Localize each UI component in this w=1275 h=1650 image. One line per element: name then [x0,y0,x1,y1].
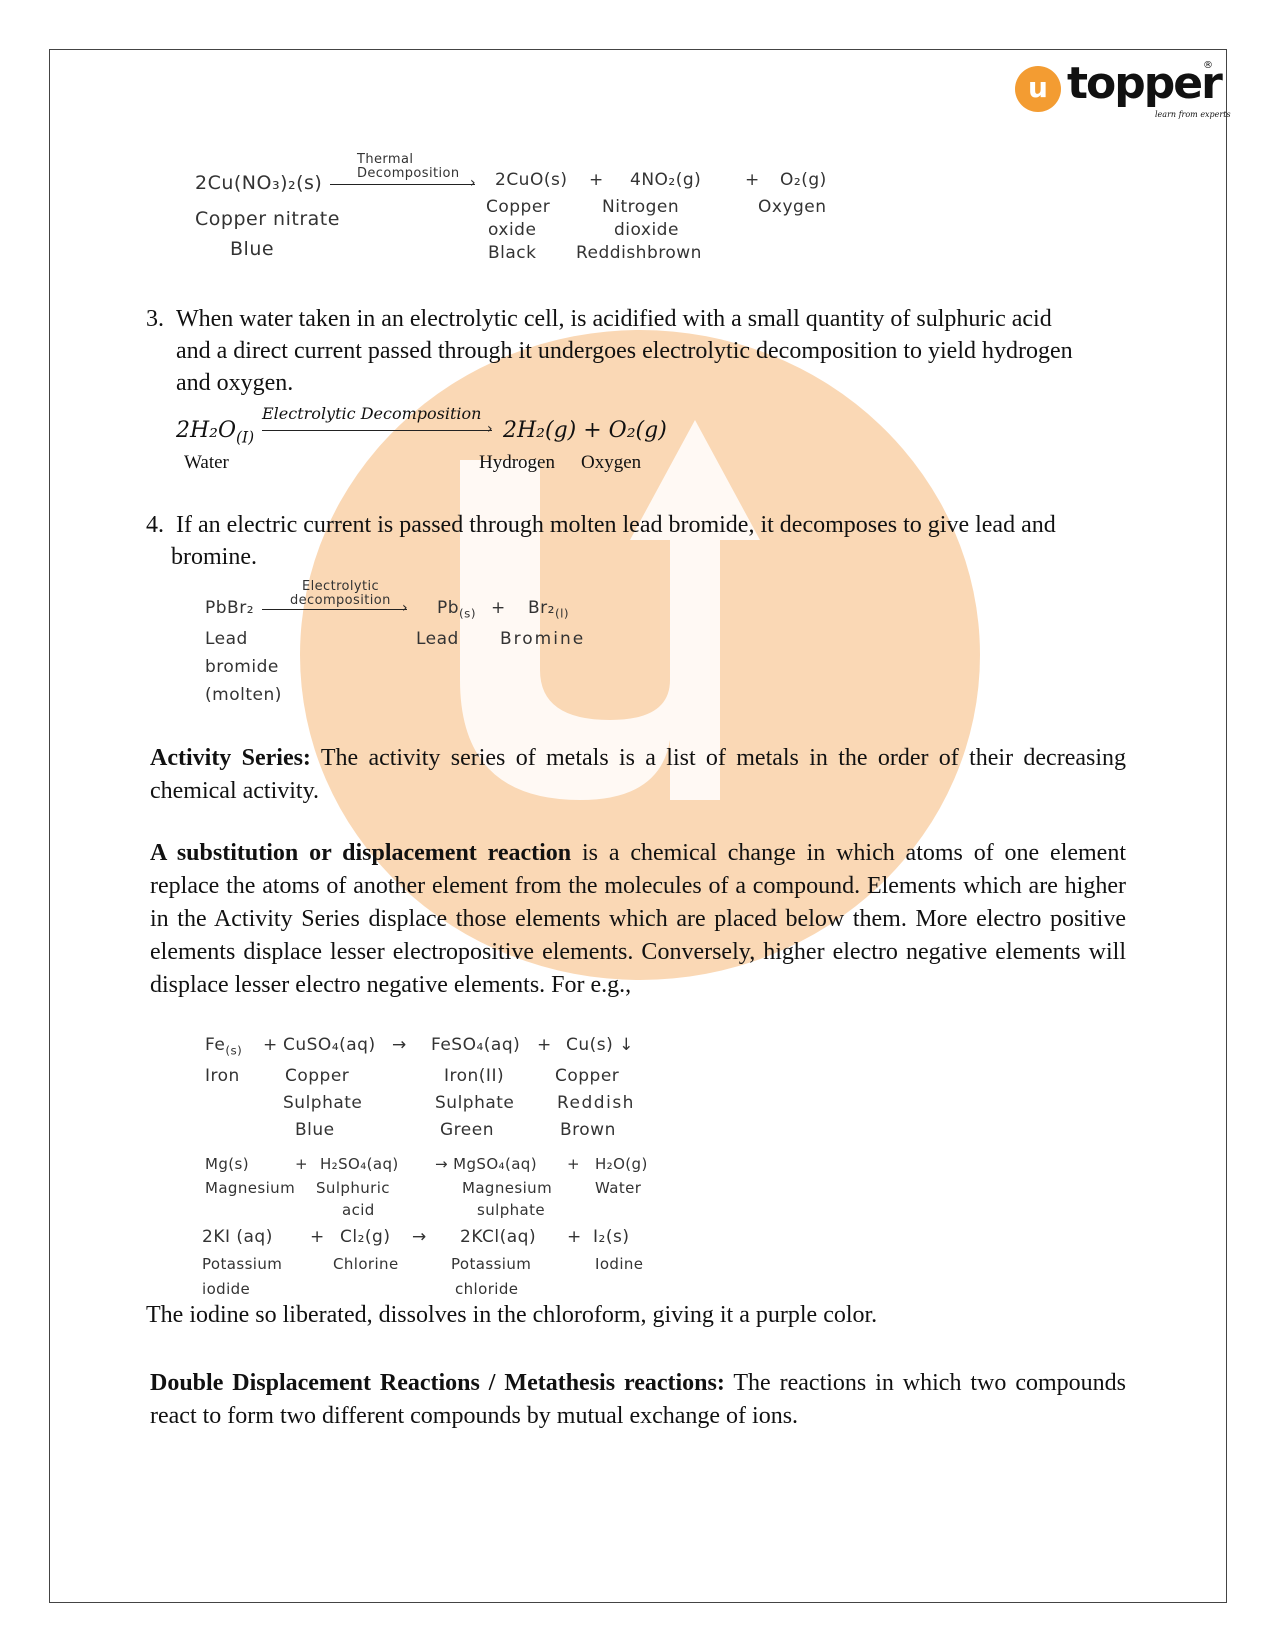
arrow-head-icon: › [402,600,408,616]
list-number: 4. [146,512,164,539]
plus: + [295,1155,308,1173]
registered-mark: ® [1203,60,1213,71]
product: → MgSO₄(aq) [435,1155,537,1173]
activity-series-paragraph: Activity Series: The activity series of … [150,742,1126,808]
plus: + [745,170,760,190]
reactant: Fe(s) [205,1035,242,1057]
list-number: 3. [146,306,164,333]
label: Copper [555,1066,619,1086]
reactant: 2H₂O(I) [176,418,254,446]
arrow-icon [262,430,492,431]
label: oxide [488,220,536,240]
plus: + [310,1227,325,1247]
label: Iodine [595,1255,643,1273]
label: Sulphate [435,1093,514,1113]
arrow-label: Thermal [357,152,413,167]
label: Water [184,452,229,474]
plus: + [537,1035,552,1055]
plus: + [589,170,604,190]
product: 4NO₂(g) [630,170,701,190]
label: Reddishbrown [576,243,702,263]
label: Copper nitrate [195,208,340,230]
label: Oxygen [581,452,641,474]
label: Bromine [500,629,585,649]
label: Blue [230,238,274,260]
paragraph-line: bromine. [171,544,257,571]
arrow-icon [330,184,475,185]
arrow-icon [262,609,407,610]
arrow-icon: → [412,1227,427,1247]
reactant: PbBr₂ [205,598,254,618]
label: sulphate [477,1201,545,1219]
label: (molten) [205,685,282,705]
label: Iron(II) [444,1066,504,1086]
displacement-paragraph: A substitution or displacement reaction … [150,837,1126,1002]
plus: + [567,1227,582,1247]
label: Oxygen [758,197,827,217]
arrow-head-icon: › [470,175,476,191]
reactant: Mg(s) [205,1155,249,1173]
product: 2KCl(aq) [460,1227,536,1247]
label: Water [595,1179,641,1197]
product: FeSO₄(aq) [431,1035,520,1055]
product: H₂O(g) [595,1155,648,1173]
plus: + [263,1035,278,1055]
plus: + [567,1155,580,1173]
reactant: CuSO₄(aq) [283,1035,376,1055]
iodine-note: The iodine so liberated, dissolves in th… [146,1302,877,1329]
arrow-head-icon: › [487,421,493,437]
label: iodide [202,1280,250,1298]
label: Reddish [557,1093,635,1113]
label: Lead [205,629,248,649]
label: Blue [295,1120,335,1140]
label: Nitrogen [602,197,679,217]
logo-name: topper [1067,58,1221,109]
reactant: H₂SO₄(aq) [320,1155,399,1173]
label: Black [488,243,537,263]
product: Pb(s) [437,598,476,620]
label: Brown [560,1120,616,1140]
product: O₂(g) [780,170,827,190]
paragraph-line: and oxygen. [176,370,293,397]
label: Chlorine [333,1255,399,1273]
label: bromide [205,657,279,677]
label: chloride [455,1280,518,1298]
arrow-label: Electrolytic Decomposition [262,404,481,423]
arrow-label: Electrolytic [302,579,379,594]
label: Copper [285,1066,349,1086]
paragraph-line: If an electric current is passed through… [176,512,1056,539]
logo-mark-icon: u [1015,66,1061,112]
paragraph-line: and a direct current passed through it u… [176,338,1073,365]
product: Br₂(l) [528,598,569,620]
label: dioxide [614,220,679,240]
label: Sulphate [283,1093,362,1113]
label: Copper [486,197,550,217]
label: Magnesium [462,1179,552,1197]
reactant: 2KI (aq) [202,1227,273,1247]
label: acid [342,1201,375,1219]
label: Iron [205,1066,240,1086]
label: Lead [416,629,459,649]
product: 2CuO(s) [495,170,567,190]
label: Potassium [202,1255,282,1273]
label: Magnesium [205,1179,295,1197]
double-displacement-paragraph: Double Displacement Reactions / Metathes… [150,1367,1126,1433]
arrow-label: Decomposition [357,166,459,181]
label: Hydrogen [479,452,555,474]
logo-tagline: learn from experts [1155,110,1231,119]
product: Cu(s) ↓ [566,1035,634,1055]
paragraph-line: When water taken in an electrolytic cell… [176,306,1052,333]
label: Potassium [451,1255,531,1273]
arrow-label: decomposition [290,593,391,608]
product: I₂(s) [593,1227,629,1247]
arrow-icon: → [392,1035,407,1055]
label: Sulphuric [316,1179,390,1197]
reactant: 2Cu(NO₃)₂(s) [195,172,322,194]
products: 2H₂(g) + O₂(g) [503,418,667,443]
plus: + [491,598,506,618]
reactant: Cl₂(g) [340,1227,390,1247]
label: Green [440,1120,494,1140]
